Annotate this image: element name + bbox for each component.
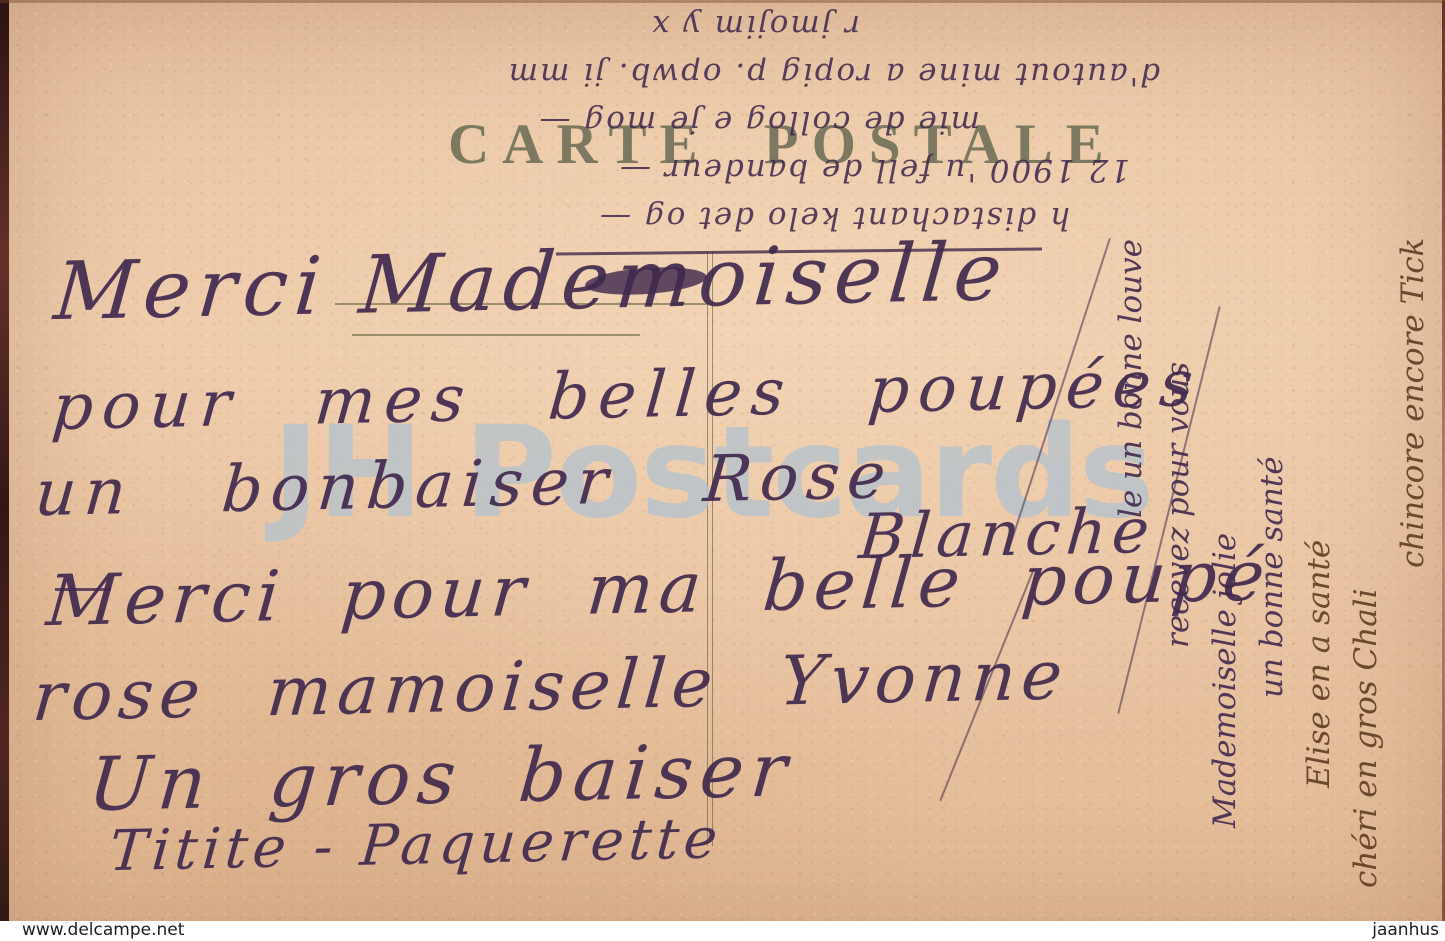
message-line-un-bonbaiser-rose: un bonbaiser Rose — [33, 444, 896, 526]
handwriting-line: mie de collog e je mog — — [40, 98, 980, 146]
delcampe-watermark: www.delcampe.net — [22, 920, 184, 940]
postcard-scan: CARTE POSTALE JH Postcards h distachant … — [0, 0, 1445, 941]
handwriting-line: r jmojim y x — [40, 2, 860, 50]
scan-edge-top — [0, 0, 1445, 3]
handwriting-line: chincore encore Tick — [1390, 0, 1437, 568]
scan-footer-strip: www.delcampe.net jaanhus — [0, 921, 1445, 941]
message-line-titite-paquerette: Titite - Paquerette — [107, 811, 724, 880]
handwriting-line: d'autout mine a ropig p. opwb. ji mm — [40, 50, 1160, 98]
handwriting-side-rotated-block: le un bonne louve recevez pour vous Made… — [1108, 0, 1438, 941]
handwriting-top-inverted-block: h distachant kelo det og — 12 1900 'u fe… — [40, 0, 1190, 242]
handwriting-line: le un bonne louve — [1108, 0, 1155, 518]
handwriting-line: Elise en a santé — [1296, 0, 1343, 788]
handwriting-line: recevez pour vous — [1155, 0, 1202, 648]
handwriting-line: 12 1900 'u fell de bandeur — — [40, 146, 1130, 194]
printed-underline — [352, 334, 640, 336]
message-line-merci-mademoiselle: Merci Mademoiselle — [51, 232, 1012, 332]
handwriting-line: un bonne santé — [1249, 0, 1296, 698]
jaanhus-watermark: jaanhus — [1372, 920, 1439, 940]
handwriting-line: Mademoiselle jolie — [1202, 0, 1249, 828]
handwriting-line: chéri en gros Chali — [1343, 0, 1390, 888]
scan-edge-left — [0, 0, 9, 922]
